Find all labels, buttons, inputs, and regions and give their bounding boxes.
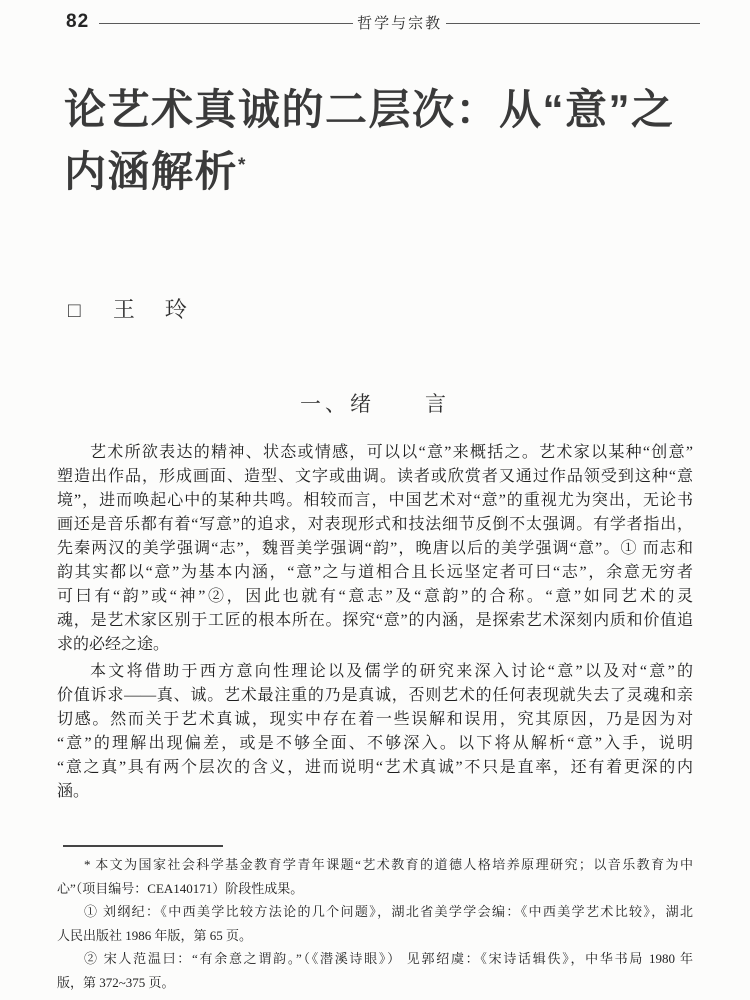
body-line: 涵。 bbox=[57, 780, 693, 804]
footnote-star-line: * 本文为国家社会科学基金教育学青年课题“艺术教育的道德人格培养原理研究；以音乐… bbox=[57, 853, 693, 877]
body-line: 境”，进而唤起心中的某种共鸣。相较而言，中国艺术对“意”的重视尤为突出，无论书 bbox=[57, 489, 693, 513]
page-header: 82 哲学与宗教 bbox=[66, 11, 700, 33]
article-title: 论艺术真诚的二层次：从“意”之内涵解析* bbox=[64, 82, 724, 200]
article-body: 艺术所欲表达的精神、状态或情感，可以以“意”来概括之。艺术家以某种“创意” 塑造… bbox=[57, 441, 693, 804]
body-line: 艺术所欲表达的精神、状态或情感，可以以“意”来概括之。艺术家以某种“创意” bbox=[57, 441, 693, 465]
footnote-separator bbox=[63, 845, 223, 847]
section-heading: 一、绪 言 bbox=[0, 388, 750, 418]
body-line: 画还是音乐都有着“写意”的追求，对表现形式和技法细节反倒不太强调。有学者指出， bbox=[57, 513, 693, 537]
header-rule-left bbox=[99, 23, 353, 24]
footnote-1-line: ① 刘纲纪：《中西美学比较方法论的几个问题》，湖北省美学学会编：《中西美学艺术比… bbox=[57, 900, 693, 924]
author-line: □ 王 玲 bbox=[68, 293, 191, 324]
body-line: “意”的理解出现偏差，或是不够全面、不够深入。以下将从解析“意”入手，说明 bbox=[57, 732, 693, 756]
article-title-line1: 论艺术真诚的二层次：从“意”之 bbox=[64, 86, 675, 133]
running-head-title: 哲学与宗教 bbox=[357, 12, 442, 33]
author-marker-icon: □ bbox=[68, 299, 83, 322]
page-number: 82 bbox=[66, 11, 89, 33]
body-line: 价值诉求——真、诚。艺术最注重的乃是真诚，否则艺术的任何表现就失去了灵魂和亲 bbox=[57, 684, 693, 708]
body-line: 魂，是艺术家区别于工匠的根本所在。探究“意”的内涵，是探索艺术深刻内质和价值追 bbox=[57, 609, 693, 633]
body-line: 先秦两汉的美学强调“志”，魏晋美学强调“韵”，晚唐以后的美学强调“意”。① 而志… bbox=[57, 537, 693, 561]
footnote-1-line: 人民出版社 1986 年版，第 65 页。 bbox=[57, 924, 693, 948]
article-title-line2: 内涵解析 bbox=[64, 148, 238, 195]
footnote-star-line: 心”（项目编号：CEA140171）阶段性成果。 bbox=[57, 877, 693, 901]
scanned-paper-page: 82 哲学与宗教 论艺术真诚的二层次：从“意”之内涵解析* □ 王 玲 一、绪 … bbox=[0, 0, 750, 1000]
footnote-2-line: ② 宋人范温曰：“有余意之谓韵。”（《潜溪诗眼》） 见郭绍虞：《宋诗话辑佚》，中… bbox=[57, 947, 693, 971]
body-line: 本文将借助于西方意向性理论以及儒学的研究来深入讨论“意”以及对“意”的 bbox=[57, 660, 693, 684]
header-rule-right bbox=[446, 23, 700, 24]
body-line: 求的必经之途。 bbox=[57, 633, 693, 657]
body-line: 韵其实都以“意”为基本内涵，“意”之与道相合且长远坚定者可曰“志”，余意无穷者 bbox=[57, 561, 693, 585]
footnotes: * 本文为国家社会科学基金教育学青年课题“艺术教育的道德人格培养原理研究；以音乐… bbox=[57, 853, 693, 994]
body-line: 切感。然而关于艺术真诚，现实中存在着一些误解和误用，究其原因，乃是因为对 bbox=[57, 708, 693, 732]
title-footnote-marker: * bbox=[238, 155, 245, 176]
body-line: “意之真”具有两个层次的含义，进而说明“艺术真诚”不只是直率，还有着更深的内 bbox=[57, 756, 693, 780]
author-name: 王 玲 bbox=[113, 297, 191, 322]
body-line: 可曰有“韵”或“神”②，因此也就有“意志”及“意韵”的合称。“意”如同艺术的灵 bbox=[57, 585, 693, 609]
footnote-2-line: 版，第 372~375 页。 bbox=[57, 971, 693, 995]
body-line: 塑造出作品，形成画面、造型、文字或曲调。读者或欣赏者又通过作品领受到这种“意 bbox=[57, 465, 693, 489]
